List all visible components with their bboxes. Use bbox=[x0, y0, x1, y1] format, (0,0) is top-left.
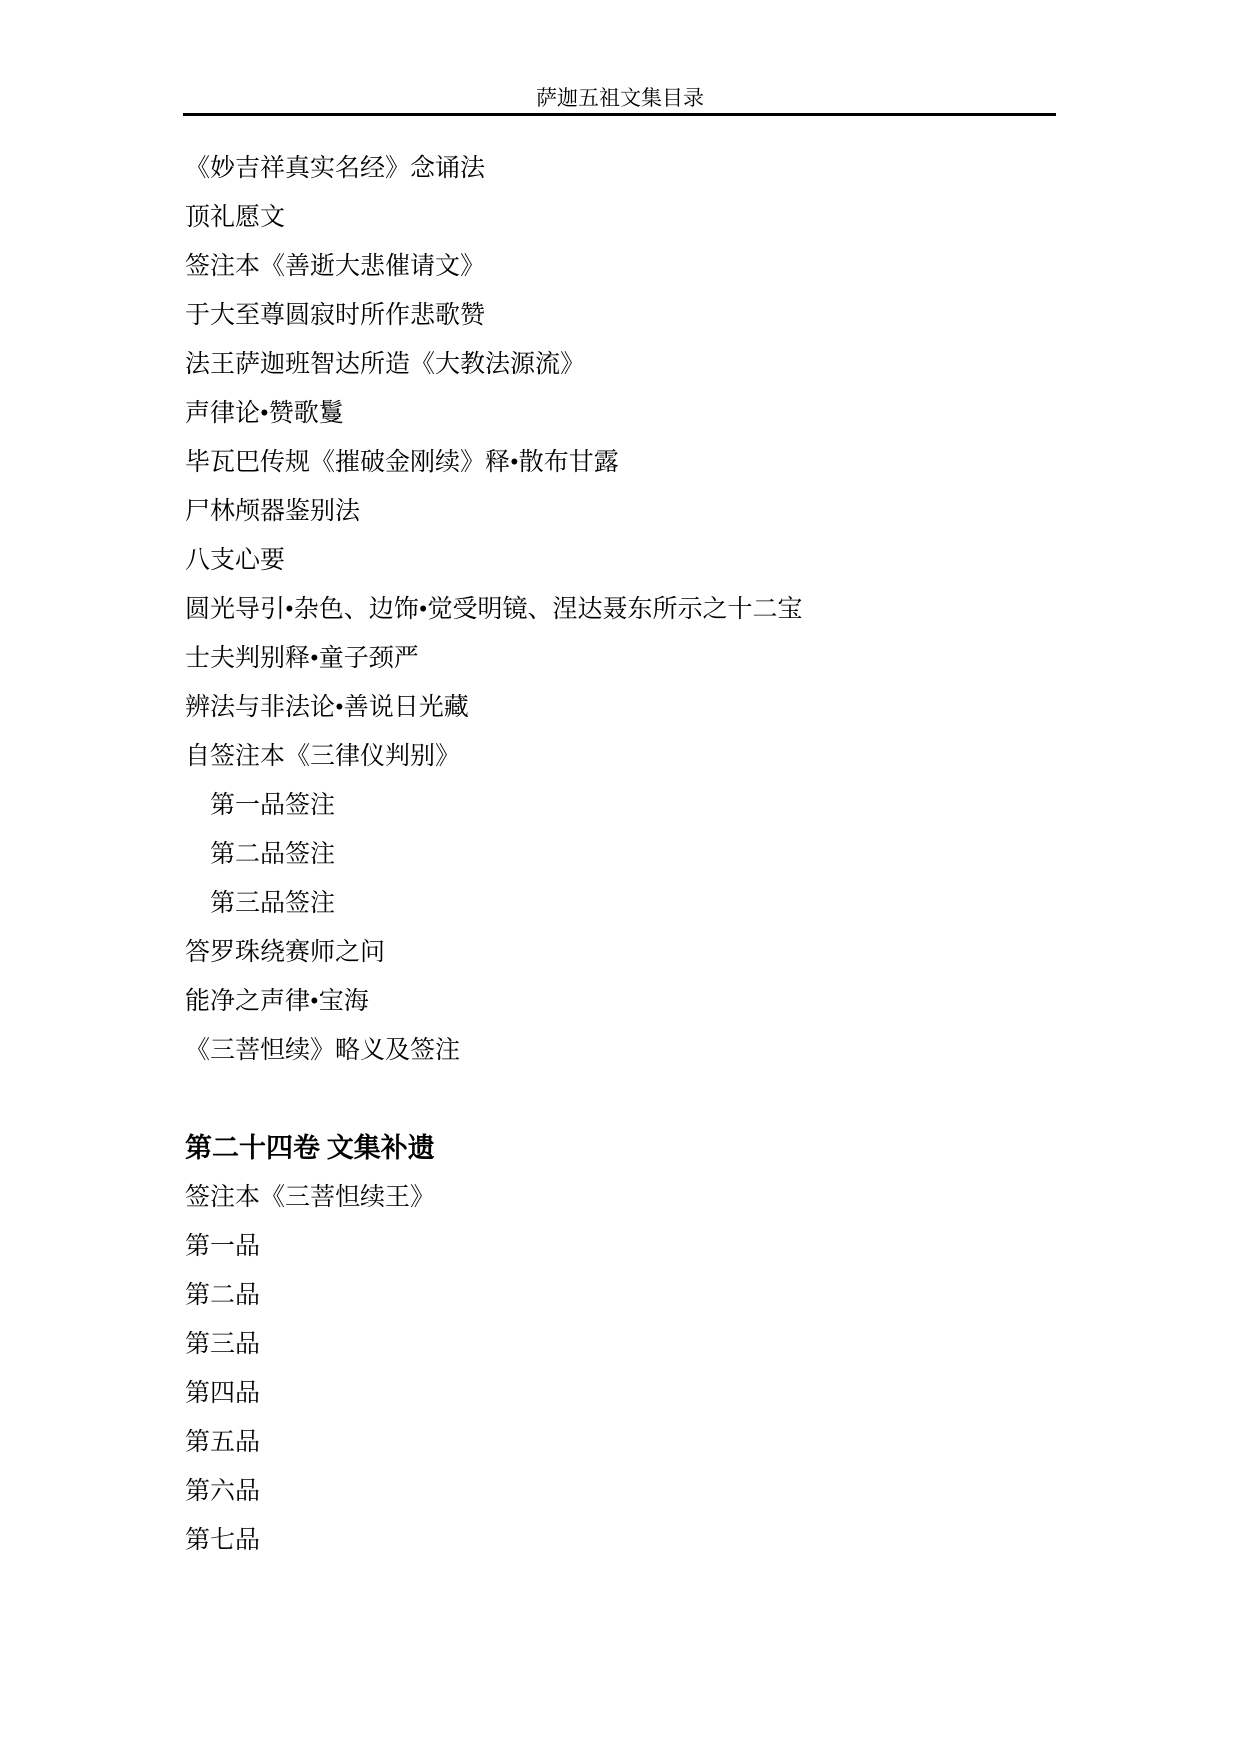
toc-item: 答罗珠绕赛师之问 bbox=[185, 928, 1060, 977]
toc-item: 第一品 bbox=[185, 1222, 1060, 1271]
toc-item: 第五品 bbox=[185, 1418, 1060, 1467]
toc-item: 顶礼愿文 bbox=[185, 193, 1060, 242]
blank-line bbox=[185, 1075, 1060, 1124]
toc-item: 签注本《善逝大悲催请文》 bbox=[185, 242, 1060, 291]
toc-item: 法王萨迦班智达所造《大教法源流》 bbox=[185, 340, 1060, 389]
running-header-title: 萨迦五祖文集目录 bbox=[536, 86, 704, 110]
toc-item: 第四品 bbox=[185, 1369, 1060, 1418]
toc-item: 《三菩怛续》略义及签注 bbox=[185, 1026, 1060, 1075]
toc-body: 《妙吉祥真实名经》念诵法 顶礼愿文 签注本《善逝大悲催请文》 于大至尊圆寂时所作… bbox=[185, 144, 1060, 1565]
toc-item: 自签注本《三律仪判别》 bbox=[185, 732, 1060, 781]
toc-item: 签注本《三菩怛续王》 bbox=[185, 1173, 1060, 1222]
toc-item: 于大至尊圆寂时所作悲歌赞 bbox=[185, 291, 1060, 340]
toc-item: 第六品 bbox=[185, 1467, 1060, 1516]
toc-subitem: 第三品签注 bbox=[185, 879, 1060, 928]
toc-item: 第三品 bbox=[185, 1320, 1060, 1369]
toc-item: 尸林颅器鉴别法 bbox=[185, 487, 1060, 536]
running-header: 萨迦五祖文集目录 bbox=[0, 86, 1240, 110]
toc-item: 能净之声律•宝海 bbox=[185, 977, 1060, 1026]
toc-item: 毕瓦巴传规《摧破金刚续》释•散布甘露 bbox=[185, 438, 1060, 487]
toc-item: 第二品 bbox=[185, 1271, 1060, 1320]
toc-item: 辨法与非法论•善说日光藏 bbox=[185, 683, 1060, 732]
toc-item: 《妙吉祥真实名经》念诵法 bbox=[185, 144, 1060, 193]
document-page: 萨迦五祖文集目录 《妙吉祥真实名经》念诵法 顶礼愿文 签注本《善逝大悲催请文》 … bbox=[0, 0, 1240, 1754]
toc-subitem: 第一品签注 bbox=[185, 781, 1060, 830]
section-heading: 第二十四卷 文集补遗 bbox=[185, 1124, 1060, 1173]
toc-item: 第七品 bbox=[185, 1516, 1060, 1565]
toc-subitem: 第二品签注 bbox=[185, 830, 1060, 879]
toc-item: 圆光导引•杂色、边饰•觉受明镜、涅达聂东所示之十二宝 bbox=[185, 585, 1060, 634]
header-rule bbox=[183, 113, 1056, 116]
toc-item: 声律论•赞歌鬘 bbox=[185, 389, 1060, 438]
toc-item: 八支心要 bbox=[185, 536, 1060, 585]
toc-item: 士夫判别释•童子颈严 bbox=[185, 634, 1060, 683]
